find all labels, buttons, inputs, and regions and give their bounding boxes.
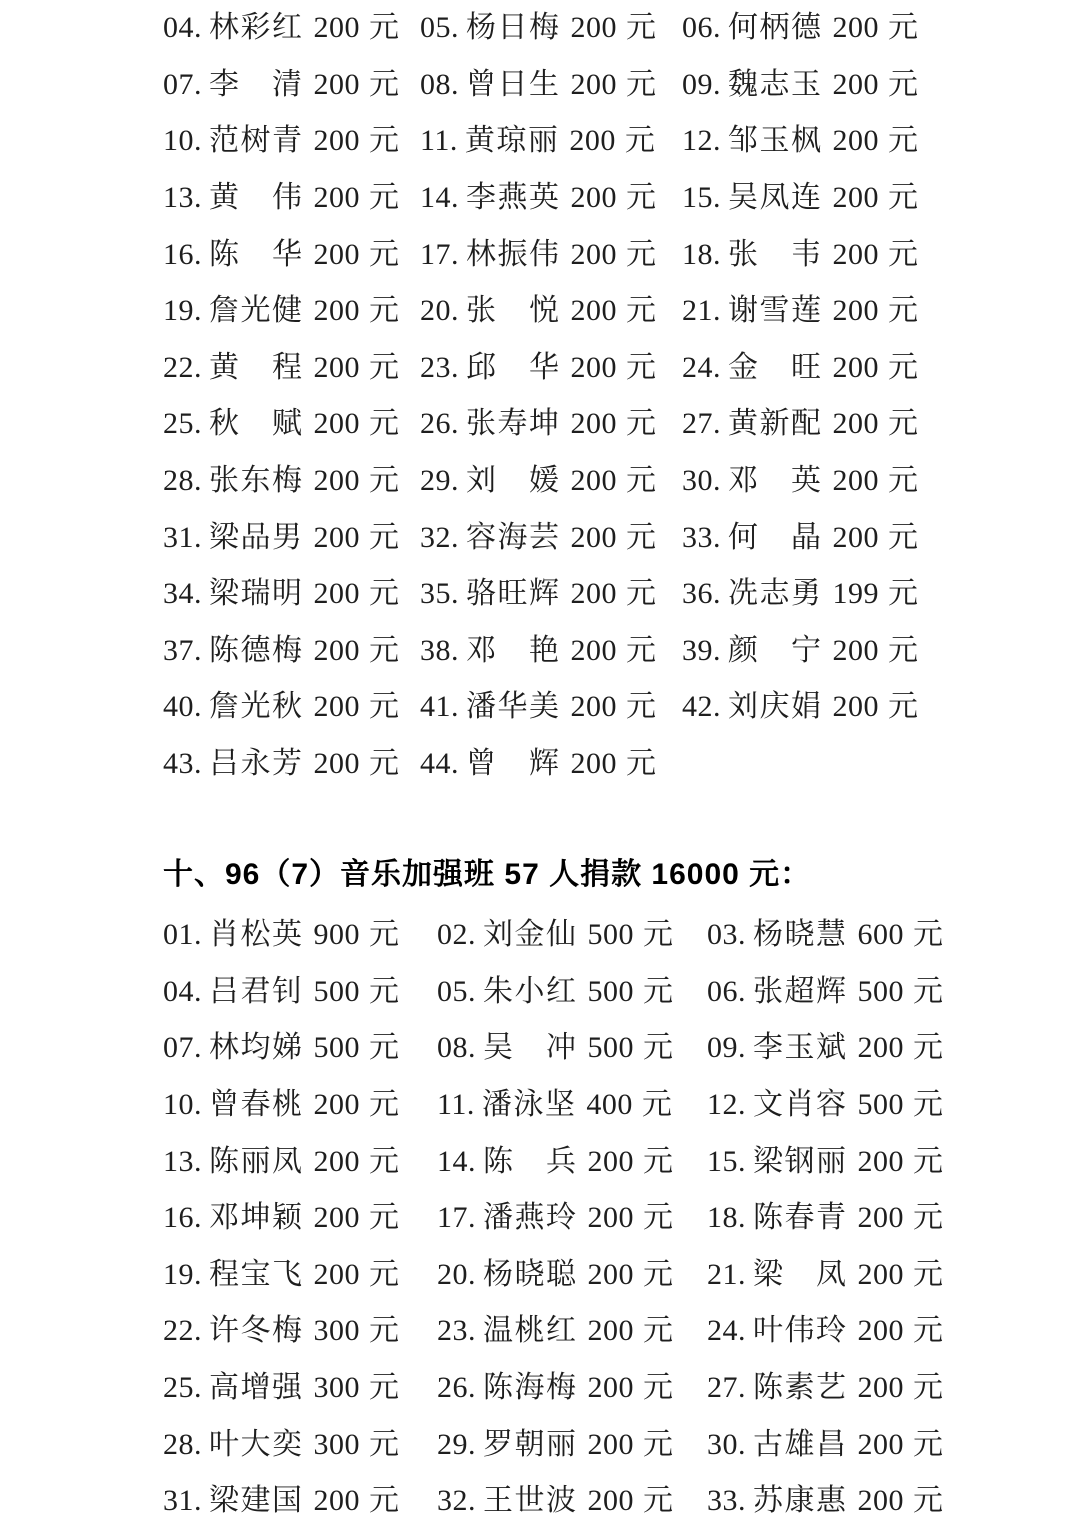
entry-number: 16. (163, 1201, 202, 1234)
donation-row: 07.李 清200元08.曾日生200元09.魏志玉200元 (0, 57, 1080, 114)
entry-number: 29. (420, 464, 459, 497)
entry-unit: 元 (643, 1314, 673, 1347)
entry-number: 44. (420, 747, 459, 780)
donation-row: 22.许冬梅300元23.温桃红200元24.叶伟玲200元 (0, 1303, 1080, 1360)
entry-number: 30. (707, 1428, 746, 1461)
entry-number: 28. (163, 1428, 202, 1461)
entry-number: 22. (163, 351, 202, 384)
entry-unit: 元 (913, 1145, 943, 1178)
entry-name: 梁品男 (209, 521, 304, 554)
entry-amount: 500 (314, 1031, 361, 1064)
donation-row: 16.邓坤颖200元17.潘燕玲200元18.陈春青200元 (0, 1190, 1080, 1247)
entry-unit: 元 (626, 577, 656, 610)
entry-number: 32. (420, 521, 459, 554)
entry-amount: 200 (858, 1371, 905, 1404)
entry-amount: 200 (833, 68, 880, 101)
entry-name: 邱 华 (466, 351, 561, 384)
donation-row: 22.黄 程200元23.邱 华200元24.金 旺200元 (0, 340, 1080, 397)
donation-row: 13.陈丽凤200元14.陈 兵200元15.梁钢丽200元 (0, 1133, 1080, 1190)
entry-amount: 200 (858, 1031, 905, 1064)
entry-number: 23. (437, 1314, 476, 1347)
donation-entry: 07.李 清200元 (163, 70, 420, 100)
entry-name: 曾日生 (466, 68, 561, 101)
entry-name: 林均娣 (209, 1031, 304, 1064)
donation-entry: 33.何 晶200元 (682, 523, 1080, 553)
entry-name: 冼志勇 (728, 577, 823, 610)
entry-unit: 元 (626, 294, 656, 327)
entry-unit: 元 (626, 351, 656, 384)
entry-number: 18. (707, 1201, 746, 1234)
entry-name: 何 晶 (728, 521, 823, 554)
donation-entry: 08.曾日生200元 (420, 70, 682, 100)
entry-number: 39. (682, 634, 721, 667)
entry-unit: 元 (369, 1258, 399, 1291)
entry-amount: 200 (314, 464, 361, 497)
entry-unit: 元 (626, 181, 656, 214)
entry-name: 詹光健 (209, 294, 304, 327)
entry-name: 黄琼丽 (465, 124, 560, 157)
donation-entry: 22.许冬梅300元 (163, 1316, 437, 1346)
entry-unit: 元 (888, 464, 918, 497)
donation-entry: 09.李玉斌200元 (707, 1033, 1080, 1063)
entry-amount: 500 (314, 975, 361, 1008)
entry-amount: 200 (314, 634, 361, 667)
donation-row: 07.林均娣500元08.吴 冲500元09.李玉斌200元 (0, 1020, 1080, 1077)
entry-number: 19. (163, 294, 202, 327)
donation-entry: 41.潘华美200元 (420, 692, 682, 722)
donation-row: 28.张东梅200元29.刘 媛200元30.邓 英200元 (0, 453, 1080, 510)
entry-amount: 500 (588, 975, 635, 1008)
donation-entry: 15.梁钢丽200元 (707, 1147, 1080, 1177)
entry-name: 吴 冲 (483, 1031, 578, 1064)
entry-name: 林彩红 (209, 11, 304, 44)
entry-amount: 200 (588, 1314, 635, 1347)
entry-number: 31. (163, 521, 202, 554)
entry-amount: 199 (833, 577, 880, 610)
entry-unit: 元 (369, 1484, 399, 1517)
entry-unit: 元 (913, 1314, 943, 1347)
donation-entry: 29.刘 媛200元 (420, 466, 682, 496)
donation-entry: 04.吕君钊500元 (163, 977, 437, 1007)
entry-unit: 元 (369, 634, 399, 667)
donation-entry: 10.范树青200元 (163, 126, 420, 156)
donation-row: 19.詹光健200元20.张 悦200元21.谢雪莲200元 (0, 283, 1080, 340)
entry-unit: 元 (888, 238, 918, 271)
donation-entry: 22.黄 程200元 (163, 353, 420, 383)
entry-unit: 元 (369, 464, 399, 497)
entry-name: 叶大奕 (209, 1428, 304, 1461)
donation-row: 31.梁品男200元32.容海芸200元33.何 晶200元 (0, 509, 1080, 566)
entry-amount: 200 (314, 521, 361, 554)
entry-name: 张超辉 (753, 975, 848, 1008)
donation-row: 28.叶大奕300元29.罗朝丽200元30.古雄昌200元 (0, 1416, 1080, 1473)
entry-amount: 200 (571, 238, 618, 271)
entry-number: 41. (420, 690, 459, 723)
entry-name: 苏康惠 (753, 1484, 848, 1517)
entry-number: 02. (437, 918, 476, 951)
entry-amount: 200 (314, 351, 361, 384)
entry-amount: 200 (858, 1314, 905, 1347)
donation-row: 04.吕君钊500元05.朱小红500元06.张超辉500元 (0, 964, 1080, 1021)
entry-name: 王世波 (483, 1484, 578, 1517)
donation-entry: 25.秋 赋200元 (163, 409, 420, 439)
entry-unit: 元 (643, 1031, 673, 1064)
entry-name: 梁钢丽 (753, 1145, 848, 1178)
entry-number: 25. (163, 407, 202, 440)
entry-number: 09. (707, 1031, 746, 1064)
entry-number: 10. (163, 124, 202, 157)
entry-name: 高增强 (209, 1371, 304, 1404)
entry-unit: 元 (913, 1484, 943, 1517)
entry-number: 03. (707, 918, 746, 951)
entry-name: 陈春青 (753, 1201, 848, 1234)
entry-unit: 元 (888, 577, 918, 610)
entry-name: 程宝飞 (209, 1258, 304, 1291)
entry-unit: 元 (643, 918, 673, 951)
entry-number: 18. (682, 238, 721, 271)
entry-number: 04. (163, 975, 202, 1008)
entry-name: 潘华美 (466, 690, 561, 723)
donation-entry: 30.古雄昌200元 (707, 1430, 1080, 1460)
entry-number: 01. (163, 918, 202, 951)
donation-row: 13.黄 伟200元14.李燕英200元15.吴凤连200元 (0, 170, 1080, 227)
donation-row: 10.曾春桃200元11.潘泳坚400元12.文肖容500元 (0, 1077, 1080, 1134)
entry-number: 38. (420, 634, 459, 667)
donation-entry: 16.陈 华200元 (163, 240, 420, 270)
document-page: 04.林彩红200元05.杨日梅200元06.何柄德200元07.李 清200元… (0, 0, 1080, 1527)
entry-amount: 200 (833, 634, 880, 667)
entry-name: 许冬梅 (209, 1314, 304, 1347)
donation-entry: 18.陈春青200元 (707, 1203, 1080, 1233)
entry-unit: 元 (643, 1201, 673, 1234)
entry-amount: 200 (314, 1088, 361, 1121)
entry-amount: 200 (314, 1484, 361, 1517)
entry-number: 08. (437, 1031, 476, 1064)
entry-unit: 元 (369, 1428, 399, 1461)
entry-amount: 200 (314, 690, 361, 723)
entry-name: 陈素艺 (753, 1371, 848, 1404)
entry-unit: 元 (888, 407, 918, 440)
donation-entry: 31.梁品男200元 (163, 523, 420, 553)
donation-entry: 25.高增强300元 (163, 1373, 437, 1403)
entry-amount: 200 (571, 634, 618, 667)
entry-number: 28. (163, 464, 202, 497)
donation-list-previous-section: 04.林彩红200元05.杨日梅200元06.何柄德200元07.李 清200元… (0, 0, 1080, 792)
donation-entry: 11.潘泳坚400元 (437, 1090, 707, 1120)
entry-amount: 200 (314, 11, 361, 44)
entry-unit: 元 (913, 975, 943, 1008)
entry-amount: 200 (571, 351, 618, 384)
donation-entry: 24.叶伟玲200元 (707, 1316, 1080, 1346)
entry-name: 何柄德 (728, 11, 823, 44)
entry-unit: 元 (369, 1314, 399, 1347)
entry-number: 24. (707, 1314, 746, 1347)
entry-number: 05. (420, 11, 459, 44)
entry-amount: 200 (571, 521, 618, 554)
entry-name: 陈海梅 (483, 1371, 578, 1404)
entry-name: 秋 赋 (209, 407, 304, 440)
entry-name: 刘庆娟 (728, 690, 823, 723)
entry-unit: 元 (913, 918, 943, 951)
entry-unit: 元 (888, 294, 918, 327)
donation-entry: 21.梁 凤200元 (707, 1260, 1080, 1290)
entry-number: 14. (437, 1145, 476, 1178)
donation-entry: 27.黄新配200元 (682, 409, 1080, 439)
entry-name: 黄新配 (728, 407, 823, 440)
entry-unit: 元 (626, 634, 656, 667)
entry-name: 张 悦 (466, 294, 561, 327)
entry-number: 15. (682, 181, 721, 214)
entry-amount: 200 (588, 1145, 635, 1178)
donation-entry: 08.吴 冲500元 (437, 1033, 707, 1063)
donation-entry: 26.陈海梅200元 (437, 1373, 707, 1403)
entry-number: 14. (420, 181, 459, 214)
entry-number: 09. (682, 68, 721, 101)
entry-amount: 200 (833, 124, 880, 157)
entry-name: 朱小红 (483, 975, 578, 1008)
donation-entry: 14.李燕英200元 (420, 183, 682, 213)
donation-row: 25.高增强300元26.陈海梅200元27.陈素艺200元 (0, 1360, 1080, 1417)
entry-unit: 元 (369, 407, 399, 440)
entry-number: 13. (163, 1145, 202, 1178)
entry-unit: 元 (888, 690, 918, 723)
donation-entry: 39.颜 宁200元 (682, 636, 1080, 666)
donation-entry: 38.邓 艳200元 (420, 636, 682, 666)
entry-amount: 200 (858, 1258, 905, 1291)
entry-amount: 200 (314, 1258, 361, 1291)
donation-entry: 20.杨晓聪200元 (437, 1260, 707, 1290)
donation-entry: 01.肖松英900元 (163, 920, 437, 950)
entry-amount: 200 (588, 1201, 635, 1234)
entry-number: 27. (707, 1371, 746, 1404)
entry-amount: 200 (571, 407, 618, 440)
entry-name: 杨日梅 (466, 11, 561, 44)
entry-unit: 元 (888, 124, 918, 157)
entry-amount: 200 (833, 690, 880, 723)
entry-name: 温桃红 (483, 1314, 578, 1347)
entry-name: 金 旺 (728, 351, 823, 384)
entry-unit: 元 (913, 1258, 943, 1291)
entry-amount: 500 (588, 1031, 635, 1064)
entry-number: 36. (682, 577, 721, 610)
donation-row: 01.肖松英900元02.刘金仙500元03.杨晓慧600元 (0, 907, 1080, 964)
entry-unit: 元 (643, 975, 673, 1008)
donation-entry: 07.林均娣500元 (163, 1033, 437, 1063)
donation-entry: 36.冼志勇199元 (682, 579, 1080, 609)
entry-amount: 200 (858, 1484, 905, 1517)
entry-number: 20. (420, 294, 459, 327)
entry-amount: 200 (833, 521, 880, 554)
donation-entry: 42.刘庆娟200元 (682, 692, 1080, 722)
entry-amount: 200 (858, 1428, 905, 1461)
entry-unit: 元 (626, 747, 656, 780)
donation-entry: 26.张寿坤200元 (420, 409, 682, 439)
entry-amount: 200 (314, 238, 361, 271)
entry-amount: 200 (314, 68, 361, 101)
entry-number: 12. (682, 124, 721, 157)
donation-row: 19.程宝飞200元20.杨晓聪200元21.梁 凤200元 (0, 1247, 1080, 1304)
entry-unit: 元 (626, 238, 656, 271)
donation-entry: 27.陈素艺200元 (707, 1373, 1080, 1403)
entry-name: 梁 凤 (753, 1258, 848, 1291)
donation-entry: 35.骆旺辉200元 (420, 579, 682, 609)
donation-entry: 15.吴凤连200元 (682, 183, 1080, 213)
entry-name: 邓坤颖 (209, 1201, 304, 1234)
entry-number: 19. (163, 1258, 202, 1291)
entry-number: 23. (420, 351, 459, 384)
entry-unit: 元 (369, 124, 399, 157)
entry-amount: 200 (588, 1428, 635, 1461)
entry-unit: 元 (369, 1371, 399, 1404)
entry-unit: 元 (888, 634, 918, 667)
entry-number: 15. (707, 1145, 746, 1178)
entry-amount: 200 (833, 464, 880, 497)
entry-amount: 200 (833, 294, 880, 327)
entry-amount: 200 (588, 1484, 635, 1517)
entry-name: 李 清 (209, 68, 304, 101)
donation-entry: 06.何柄德200元 (682, 13, 1080, 43)
entry-amount: 200 (571, 181, 618, 214)
entry-name: 李玉斌 (753, 1031, 848, 1064)
donation-entry: 20.张 悦200元 (420, 296, 682, 326)
donation-entry: 06.张超辉500元 (707, 977, 1080, 1007)
entry-name: 梁建国 (209, 1484, 304, 1517)
entry-number: 26. (420, 407, 459, 440)
entry-name: 邓 英 (728, 464, 823, 497)
entry-unit: 元 (643, 1484, 673, 1517)
entry-name: 潘燕玲 (483, 1201, 578, 1234)
entry-amount: 400 (586, 1088, 633, 1121)
entry-number: 31. (163, 1484, 202, 1517)
entry-name: 张 韦 (728, 238, 823, 271)
donation-entry: 31.梁建国200元 (163, 1486, 437, 1516)
entry-amount: 200 (833, 351, 880, 384)
entry-amount: 200 (833, 238, 880, 271)
donation-entry: 02.刘金仙500元 (437, 920, 707, 950)
entry-amount: 500 (588, 918, 635, 951)
entry-number: 33. (707, 1484, 746, 1517)
entry-number: 42. (682, 690, 721, 723)
entry-number: 06. (707, 975, 746, 1008)
entry-name: 杨晓慧 (753, 918, 848, 951)
entry-number: 17. (420, 238, 459, 271)
entry-unit: 元 (913, 1088, 943, 1121)
entry-unit: 元 (369, 690, 399, 723)
entry-number: 07. (163, 68, 202, 101)
donation-entry: 37.陈德梅200元 (163, 636, 420, 666)
entry-unit: 元 (888, 521, 918, 554)
entry-name: 詹光秋 (209, 690, 304, 723)
entry-name: 邹玉枫 (728, 124, 823, 157)
entry-number: 05. (437, 975, 476, 1008)
donation-entry: 14.陈 兵200元 (437, 1147, 707, 1177)
entry-number: 21. (682, 294, 721, 327)
donation-entry: 17.潘燕玲200元 (437, 1203, 707, 1233)
donation-entry: 17.林振伟200元 (420, 240, 682, 270)
donation-list-section-ten: 01.肖松英900元02.刘金仙500元03.杨晓慧600元04.吕君钊500元… (0, 907, 1080, 1527)
entry-name: 魏志玉 (728, 68, 823, 101)
entry-name: 陈 华 (209, 238, 304, 271)
donation-entry: 05.朱小红500元 (437, 977, 707, 1007)
entry-amount: 200 (571, 464, 618, 497)
entry-amount: 200 (569, 124, 616, 157)
entry-amount: 500 (858, 975, 905, 1008)
entry-number: 37. (163, 634, 202, 667)
donation-row: 10.范树青200元11.黄琼丽200元12.邹玉枫200元 (0, 113, 1080, 170)
entry-unit: 元 (642, 1088, 672, 1121)
entry-unit: 元 (369, 1145, 399, 1178)
entry-amount: 200 (571, 747, 618, 780)
entry-number: 20. (437, 1258, 476, 1291)
entry-name: 刘 媛 (466, 464, 561, 497)
entry-amount: 200 (314, 1145, 361, 1178)
entry-number: 32. (437, 1484, 476, 1517)
entry-amount: 200 (571, 68, 618, 101)
entry-unit: 元 (625, 124, 655, 157)
entry-unit: 元 (643, 1145, 673, 1178)
entry-unit: 元 (888, 68, 918, 101)
entry-name: 吕君钊 (209, 975, 304, 1008)
entry-name: 吕永芳 (209, 747, 304, 780)
entry-unit: 元 (369, 975, 399, 1008)
entry-unit: 元 (913, 1428, 943, 1461)
entry-name: 颜 宁 (728, 634, 823, 667)
entry-amount: 300 (314, 1371, 361, 1404)
entry-number: 35. (420, 577, 459, 610)
entry-unit: 元 (643, 1371, 673, 1404)
entry-name: 邓 艳 (466, 634, 561, 667)
entry-unit: 元 (369, 68, 399, 101)
donation-entry: 12.文肖容500元 (707, 1090, 1080, 1120)
entry-amount: 200 (571, 577, 618, 610)
entry-unit: 元 (369, 1088, 399, 1121)
entry-number: 16. (163, 238, 202, 271)
donation-row: 04.林彩红200元05.杨日梅200元06.何柄德200元 (0, 0, 1080, 57)
entry-number: 22. (163, 1314, 202, 1347)
entry-unit: 元 (626, 11, 656, 44)
entry-name: 骆旺辉 (466, 577, 561, 610)
entry-name: 范树青 (209, 124, 304, 157)
entry-unit: 元 (888, 351, 918, 384)
entry-unit: 元 (369, 351, 399, 384)
donation-row: 16.陈 华200元17.林振伟200元18.张 韦200元 (0, 226, 1080, 283)
donation-entry: 13.陈丽凤200元 (163, 1147, 437, 1177)
entry-number: 13. (163, 181, 202, 214)
entry-amount: 200 (833, 11, 880, 44)
entry-unit: 元 (626, 690, 656, 723)
entry-amount: 200 (858, 1201, 905, 1234)
entry-amount: 900 (314, 918, 361, 951)
entry-unit: 元 (643, 1428, 673, 1461)
donation-entry: 03.杨晓慧600元 (707, 920, 1080, 950)
entry-amount: 200 (314, 577, 361, 610)
donation-row: 34.梁瑞明200元35.骆旺辉200元36.冼志勇199元 (0, 566, 1080, 623)
entry-unit: 元 (888, 11, 918, 44)
entry-unit: 元 (369, 294, 399, 327)
donation-entry: 23.温桃红200元 (437, 1316, 707, 1346)
entry-number: 27. (682, 407, 721, 440)
entry-unit: 元 (626, 68, 656, 101)
entry-name: 吴凤连 (728, 181, 823, 214)
donation-row: 37.陈德梅200元38.邓 艳200元39.颜 宁200元 (0, 623, 1080, 680)
entry-number: 33. (682, 521, 721, 554)
entry-number: 43. (163, 747, 202, 780)
entry-name: 李燕英 (466, 181, 561, 214)
entry-number: 24. (682, 351, 721, 384)
entry-amount: 500 (858, 1088, 905, 1121)
donation-entry: 13.黄 伟200元 (163, 183, 420, 213)
donation-row: 40.詹光秋200元41.潘华美200元42.刘庆娟200元 (0, 679, 1080, 736)
